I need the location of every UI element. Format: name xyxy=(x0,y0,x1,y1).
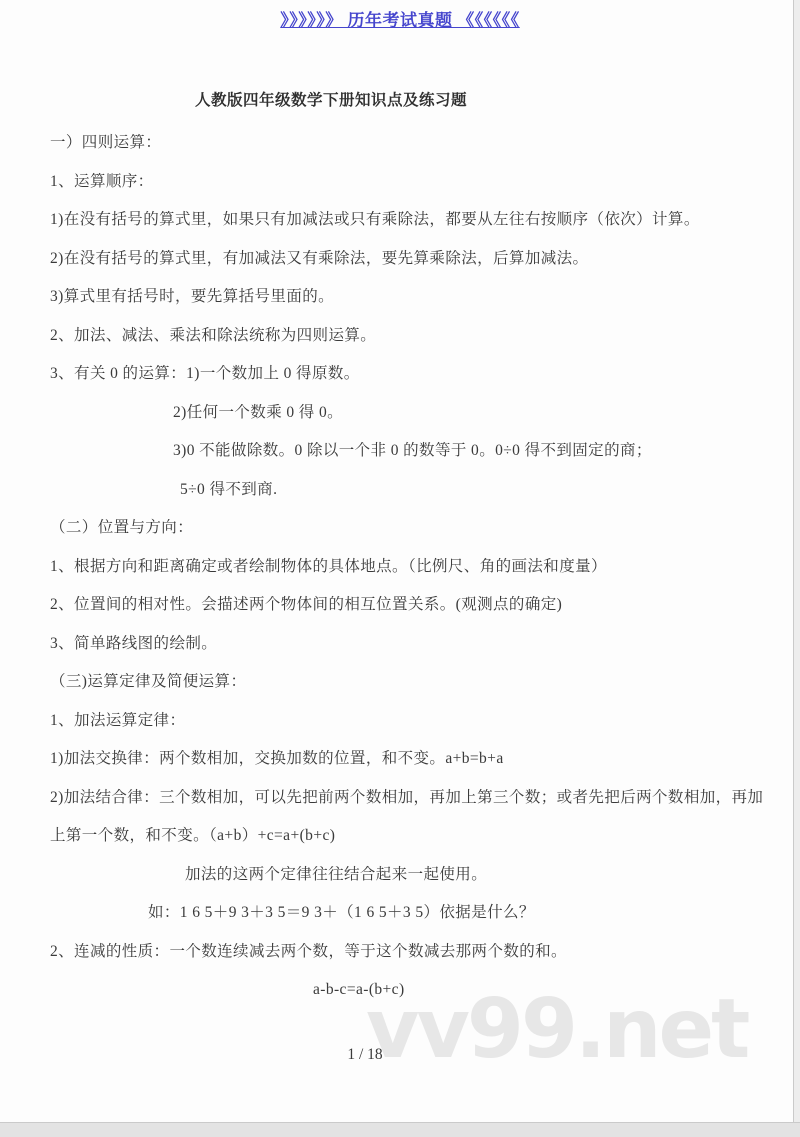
document-line: 3)0 不能做除数。0 除以一个非 0 的数等于 0。0÷0 得不到固定的商； xyxy=(50,432,750,471)
page-edge-right xyxy=(793,0,800,1122)
document-line: 1)加法交换律：两个数相加，交换加数的位置，和不变。a+b=b+a xyxy=(50,740,750,779)
document-line: 1、根据方向和距离确定或者绘制物体的具体地点。（比例尺、角的画法和度量） xyxy=(50,548,750,587)
document-line: 3)算式里有括号时，要先算括号里面的。 xyxy=(50,278,750,317)
page-number: 1 / 18 xyxy=(300,1046,430,1064)
document-line: 3、简单路线图的绘制。 xyxy=(50,625,750,664)
exam-papers-link[interactable]: 》》》》》》 历年考试真题 《《《《《《 xyxy=(0,6,800,31)
document-line: 1、加法运算定律： xyxy=(50,702,750,741)
document-line: 加法的这两个定律往往结合起来一起使用。 xyxy=(50,856,750,895)
document-line: 如：1 6 5＋9 3＋3 5＝9 3＋（1 6 5＋3 5）依据是什么？ xyxy=(50,894,750,933)
document-body: 一）四则运算：1、运算顺序：1)在没有括号的算式里，如果只有加减法或只有乘除法，… xyxy=(50,124,750,1010)
document-page: 》》》》》》 历年考试真题 《《《《《《 人教版四年级数学下册知识点及练习题 一… xyxy=(0,0,800,1137)
document-line: 1)在没有括号的算式里，如果只有加减法或只有乘除法，都要从左往右按顺序（依次）计… xyxy=(50,201,750,240)
document-line: 1、运算顺序： xyxy=(50,163,750,202)
document-line: （二）位置与方向： xyxy=(50,509,750,548)
document-line: 上第一个数，和不变。（a+b）+c=a+(b+c) xyxy=(50,817,750,856)
document-line: 2)在没有括号的算式里，有加减法又有乘除法，要先算乘除法，后算加减法。 xyxy=(50,240,750,279)
document-line: 2)加法结合律：三个数相加，可以先把前两个数相加，再加上第三个数；或者先把后两个… xyxy=(50,779,750,818)
document-line: 5÷0 得不到商. xyxy=(50,471,750,510)
document-line: 2、位置间的相对性。会描述两个物体间的相互位置关系。(观测点的确定) xyxy=(50,586,750,625)
document-line: 一）四则运算： xyxy=(50,124,750,163)
document-line: 2)任何一个数乘 0 得 0。 xyxy=(50,394,750,433)
document-line: 3、有关 0 的运算：1)一个数加上 0 得原数。 xyxy=(50,355,750,394)
document-line: 2、加法、减法、乘法和除法统称为四则运算。 xyxy=(50,317,750,356)
document-line: 2、连减的性质：一个数连续减去两个数，等于这个数减去那两个数的和。 xyxy=(50,933,750,972)
document-line: （三)运算定律及简便运算： xyxy=(50,663,750,702)
page-edge-bottom xyxy=(0,1122,800,1137)
document-line: a-b-c=a-(b+c) xyxy=(50,971,750,1010)
page-title: 人教版四年级数学下册知识点及练习题 xyxy=(0,88,800,110)
